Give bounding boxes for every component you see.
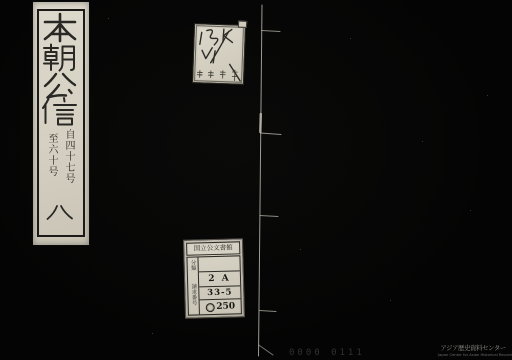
book-cover-scan: 本朝公信 八 自四十七号 至六十号 — [0, 0, 512, 360]
dust-speck — [108, 18, 109, 19]
dust-speck — [422, 141, 423, 142]
binding-thread — [0, 0, 512, 360]
watermark: アジア歴史資料センター Japan Center for Asian Histo… — [435, 344, 511, 357]
dust-speck — [390, 300, 391, 301]
dust-speck — [350, 38, 351, 39]
dust-speck — [300, 249, 301, 250]
dust-speck — [487, 95, 488, 96]
dust-speck — [470, 210, 471, 211]
dust-speck — [152, 333, 153, 334]
frame-number: 0000 0111 — [289, 348, 365, 358]
watermark-japanese: アジア歴史資料センター — [435, 344, 511, 352]
watermark-english: Japan Center for Asian Historical Record… — [438, 352, 508, 357]
